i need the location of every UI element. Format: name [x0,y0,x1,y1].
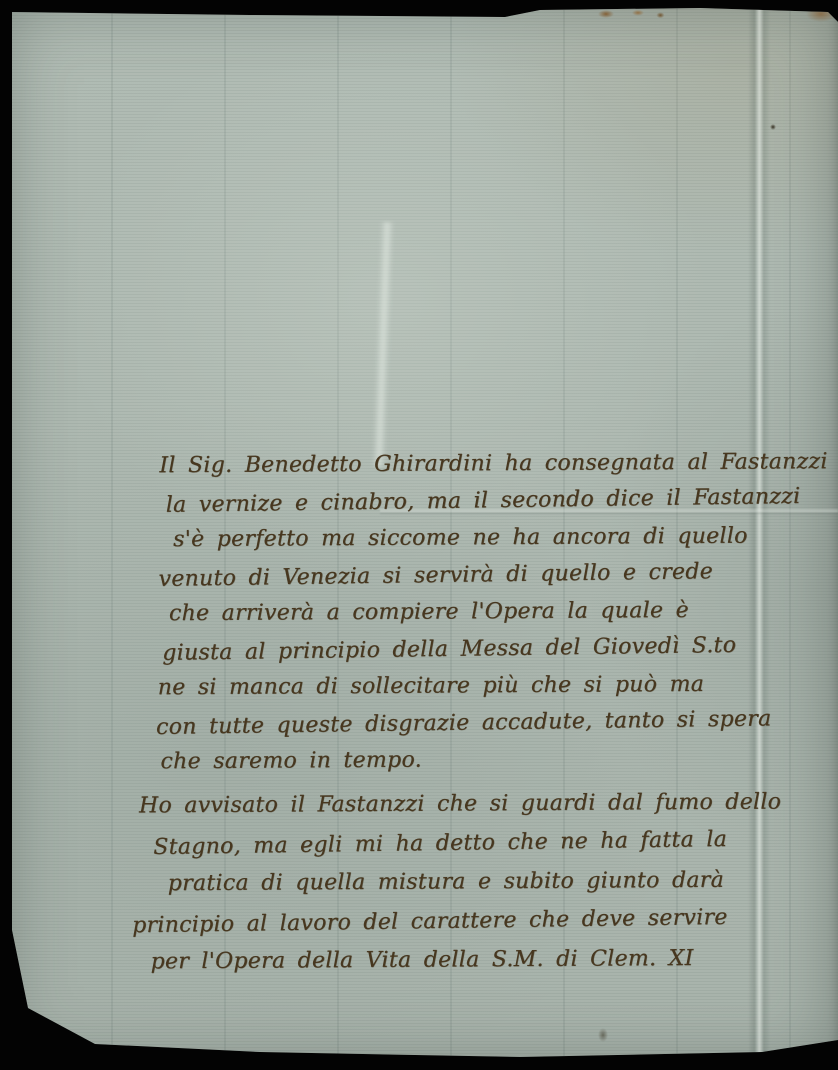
manuscript-line: per l'Opera della Vita della S.M. di Cle… [150,945,838,988]
center-wrinkle-crease [372,222,395,467]
letter-paragraph: Il Sig. Benedetto Ghirardini ha consegna… [0,448,838,790]
scanned-manuscript-photo: Il Sig. Benedetto Ghirardini ha consegna… [0,0,838,1070]
paper-stain [806,6,836,22]
manuscript-line: pratica di quella mistura e subito giunt… [168,867,838,910]
manuscript-line: Stagno, ma egli mi ha detto che ne ha fa… [153,825,838,874]
letter-text: Il Sig. Benedetto Ghirardini ha consegna… [0,448,838,992]
manuscript-line: che saremo in tempo. [160,745,838,786]
manuscript-page: Il Sig. Benedetto Ghirardini ha consegna… [0,0,838,1070]
paper-stain [770,124,776,130]
paper-stain [590,8,670,20]
paper-stain [598,1028,608,1042]
letter-paragraph: Ho avvisato il Fastanzzi che si guardi d… [1,788,838,992]
